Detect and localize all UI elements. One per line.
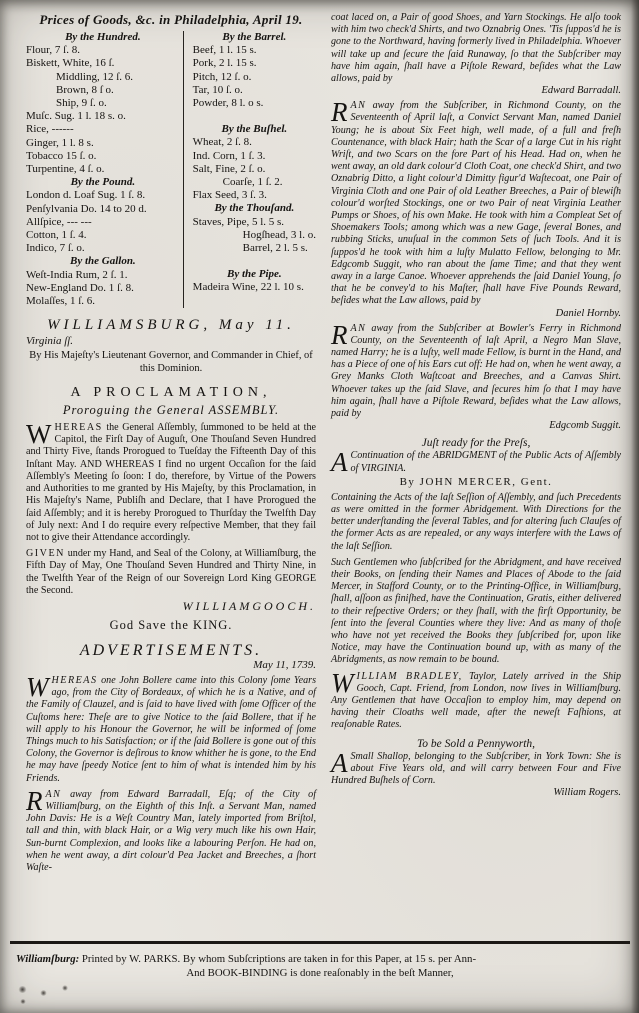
scan-artifact	[20, 999, 26, 1004]
signature-rogers: William Rogers.	[331, 787, 621, 798]
price-item: Rice, ------	[26, 123, 180, 136]
price-header: By the Gallon.	[26, 255, 180, 268]
prices-title: Prices of Goods, &c. in Philadelphia, Ap…	[26, 12, 316, 28]
price-table: By the Hundred. Flour, 7 ſ. 8. Biskett, …	[26, 31, 316, 308]
price-item: Flour, 7 ſ. 8.	[26, 44, 180, 57]
god-save-line: God Save the KING.	[26, 618, 316, 633]
drop-cap: W	[26, 422, 54, 445]
price-item: Barrel, 2 l. 5 s.	[193, 242, 316, 255]
colophon-place: Williamſburg:	[16, 953, 79, 965]
newspaper-page: Prices of Goods, &c. in Philadelphia, Ap…	[0, 0, 639, 1013]
colophon: Williamſburg: Printed by W. PARKS. By wh…	[16, 952, 624, 980]
price-item: Biskett, White, 16 ſ.	[26, 57, 180, 70]
scan-artifact	[62, 985, 68, 991]
sale-header: To be Sold a Pennyworth,	[331, 738, 621, 750]
right-column: coat laced on, a Pair of good Shoes, and…	[331, 12, 621, 874]
ad-harry: RAN away from the Subſcriber at Bowler's…	[331, 323, 621, 421]
price-item: Staves, Pipe, 5 l. 5 s.	[193, 216, 316, 229]
paragraph-lead: ILLIAM BRADLEY,	[357, 671, 463, 682]
price-header: By the Buſhel.	[193, 123, 316, 136]
paragraph-lead: GIVEN	[26, 548, 65, 559]
signature-hornby: Daniel Hornby.	[331, 308, 621, 319]
price-item: Tar, 10 ſ. o.	[193, 84, 316, 97]
signature-suggit: Edgcomb Suggit.	[331, 420, 621, 431]
paragraph-lead: AN	[351, 323, 367, 334]
drop-cap: A	[331, 450, 351, 473]
drop-cap: W	[331, 671, 357, 694]
price-subcolumn-right: By the Barrel. Beef, 1 l. 15 s. Pork, 2 …	[184, 31, 316, 308]
price-item: Molaſſes, 1 ſ. 6.	[26, 295, 180, 308]
price-item: Penſylvania Do. 14 to 20 d.	[26, 203, 180, 216]
proclamation-signature: WILLIAMGOOCH.	[26, 599, 316, 614]
colophon-line-1: Williamſburg: Printed by W. PARKS. By wh…	[16, 952, 624, 966]
price-item: Hogſhead, 3 l. o.	[193, 229, 316, 242]
press-continuation: A Continuation of the ABRIDGMENT of the …	[331, 450, 621, 474]
ad-barradall-runaway: RAN away from Edward Barradall, Eſq; of …	[26, 789, 316, 874]
press-body-1: Containing the Acts of the laſt Seſſion …	[331, 492, 621, 553]
masthead-by-line: By His Majeſty's Lieutenant Governor, an…	[26, 350, 316, 375]
drop-cap: W	[26, 675, 52, 698]
paragraph-text: under my Hand, and Seal of the Colony, a…	[26, 548, 316, 596]
price-item: Allſpice, --- ---	[26, 216, 180, 229]
paragraph-text: the General Aſſembly, ſummoned to be hel…	[26, 422, 316, 543]
price-item: Ship, 9 ſ. o.	[26, 97, 180, 110]
scan-artifact	[40, 990, 47, 996]
price-item: Beef, 1 l. 15 s.	[193, 44, 316, 57]
price-item: Ginger, 1 l. 8 s.	[26, 137, 180, 150]
scan-artifact	[18, 986, 27, 993]
ad-daniel-young: RAN away from the Subſcriber, in Richmon…	[331, 100, 621, 307]
press-body-2: Such Gentlemen who ſubſcribed for the Ab…	[331, 557, 621, 667]
colophon-divider-rule	[10, 941, 630, 944]
paragraph-text: away from the Subſcriber, in Richmond Co…	[331, 100, 621, 306]
proclamation-given-paragraph: GIVEN under my Hand, and Seal of the Col…	[26, 548, 316, 597]
proclamation-paragraph: WHEREAS the General Aſſembly, ſummoned t…	[26, 422, 316, 544]
left-column: Prices of Goods, &c. in Philadelphia, Ap…	[26, 12, 316, 874]
price-header: By the Pound.	[26, 176, 180, 189]
price-item: Indico, 7 ſ. o.	[26, 242, 180, 255]
price-item: Madeira Wine, 22 l. 10 s.	[193, 281, 316, 294]
paragraph-lead: HEREAS	[52, 675, 98, 686]
ad-bollere: WHEREAS one John Bollere came into this …	[26, 675, 316, 785]
price-item: Weſt-India Rum, 2 ſ. 1.	[26, 269, 180, 282]
price-subcolumn-left: By the Hundred. Flour, 7 ſ. 8. Biskett, …	[26, 31, 184, 308]
price-item: Salt, Fine, 2 ſ. o.	[193, 163, 316, 176]
price-header: By the Hundred.	[26, 31, 180, 44]
paragraph-text: one John Bollere came into this Colony ſ…	[26, 675, 316, 784]
ad-bradley: WILLIAM BRADLEY, Taylor, Lately arrived …	[331, 671, 621, 732]
price-item: Turpentine, 4 ſ. o.	[26, 163, 180, 176]
paragraph-text: Small Shallop, belonging to the Subſcrib…	[331, 751, 621, 786]
price-item: Powder, 8 l. o s.	[193, 97, 316, 110]
paragraph-text: Such Gentlemen who ſubſcribed for the Ab…	[331, 557, 621, 666]
price-item: Muſc. Sug. 1 l. 18 s. o.	[26, 110, 180, 123]
ad-barradall-continued: coat laced on, a Pair of good Shoes, and…	[331, 12, 621, 85]
advertisements-date: May 11, 1739.	[26, 659, 316, 671]
paragraph-lead: HEREAS	[54, 422, 102, 433]
drop-cap: R	[331, 100, 351, 123]
price-item: Ind. Corn, 1 ſ. 3.	[193, 150, 316, 163]
price-item: Coarſe, 1 ſ. 2.	[193, 176, 316, 189]
scan-edge-shadow	[631, 0, 639, 1013]
paragraph-lead: AN	[46, 789, 62, 800]
price-item: Pitch, 12 ſ. o.	[193, 71, 316, 84]
paragraph-text: coat laced on, a Pair of good Shoes, and…	[331, 12, 621, 84]
price-item: Flax Seed, 3 ſ. 3.	[193, 189, 316, 202]
price-item: New-England Do. 1 ſ. 8.	[26, 282, 180, 295]
price-header: By the Barrel.	[193, 31, 316, 44]
price-item: London d. Loaf Sug. 1 ſ. 8.	[26, 189, 180, 202]
drop-cap: R	[26, 789, 46, 812]
paragraph-text: away from the Subſcriber at Bowler's Fer…	[331, 323, 621, 419]
price-header: By the Thouſand.	[193, 202, 316, 215]
price-header: By the Pipe.	[193, 268, 316, 281]
drop-cap: R	[331, 323, 351, 346]
price-item: Brown, 8 ſ o.	[26, 84, 180, 97]
signature-barradall: Edward Barradall.	[331, 85, 621, 96]
advertisements-header: ADVERTISEMENTS.	[26, 642, 316, 660]
price-item: Cotton, 1 ſ. 4.	[26, 229, 180, 242]
masthead-colony: Virginia ſſ.	[26, 335, 316, 347]
paragraph-lead: AN	[351, 100, 367, 111]
colophon-line-2: And BOOK-BINDING is done reaſonably in t…	[16, 966, 624, 980]
price-item: Tobacco 15 ſ. o.	[26, 150, 180, 163]
masthead-city-date: WILLIAMSBURG, May 11.	[26, 317, 316, 334]
paragraph-text: Continuation of the ABRIDGMENT of the Pu…	[351, 450, 622, 473]
paragraph-text: away from Edward Barradall, Eſq; of the …	[26, 789, 316, 873]
proclamation-title: A PROCLAMATION,	[26, 385, 316, 401]
press-by-line: By JOHN MERCER, Gent.	[331, 476, 621, 488]
paragraph-text: Containing the Acts of the laſt Seſſion …	[331, 492, 621, 552]
ad-shallop: A Small Shallop, belonging to the Subſcr…	[331, 751, 621, 788]
press-ready-line: Juſt ready for the Preſs,	[331, 437, 621, 449]
page-columns: Prices of Goods, &c. in Philadelphia, Ap…	[26, 12, 622, 874]
colophon-text: Printed by W. PARKS. By whom Subſcriptio…	[79, 953, 476, 965]
price-item: Middling, 12 ſ. 6.	[26, 71, 180, 84]
proclamation-subtitle: Proroguing the General ASSEMBLY.	[26, 403, 316, 418]
drop-cap: A	[331, 751, 351, 774]
price-item: Wheat, 2 ſ. 8.	[193, 136, 316, 149]
price-item: Pork, 2 l. 15 s.	[193, 57, 316, 70]
